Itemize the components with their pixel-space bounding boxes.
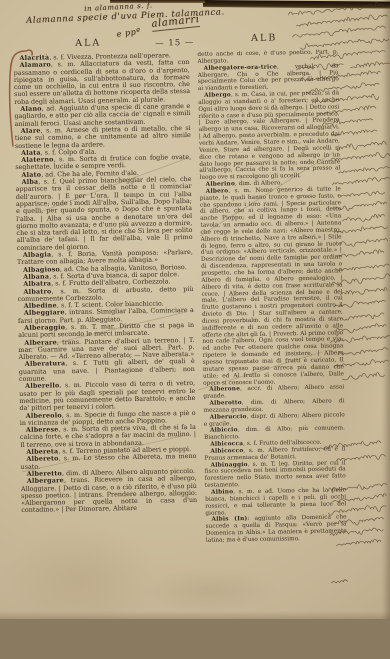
dictionary-entry: Albergare, trans. Ricevere in casa ad al…	[21, 475, 198, 515]
entry-term: Alberino	[206, 181, 235, 188]
illegible-handwriting	[342, 310, 383, 325]
dictionary-entry: Alba, s. f. Quel primo biancheggiar del …	[16, 176, 193, 252]
entry-term: Albeggiare	[24, 309, 65, 318]
dictionary-entry: Alamaro, s. m. Allacciatura da vesti, fa…	[13, 59, 190, 106]
page-number: — 15 —	[155, 38, 194, 49]
entry-term: Alberello	[25, 382, 59, 391]
entry-term: Albergo	[204, 92, 231, 98]
entry-term: Albergatore-ora-trice	[204, 64, 278, 71]
entry-term: Albicocco	[210, 448, 243, 455]
entry-term: Alberare	[24, 338, 57, 347]
scan-edge-shadow	[110, 0, 205, 3]
dictionary-entry: Albinaggio, s. m. T. leg. Diritto, per c…	[204, 460, 345, 490]
entry-term: Albereolo	[26, 411, 62, 420]
entry-term: Albereto	[26, 455, 58, 464]
handwritten-note: Alamanna specie d'uva Piem. talamanca.	[26, 7, 225, 26]
entry-term: Alaterno	[21, 156, 54, 165]
page-edge-shading	[0, 611, 390, 619]
handwritten-note: in alamanna s. f.	[84, 1, 153, 13]
print-block: ALA — 15 — ALB Alacrità, s. f. Vivezza, …	[13, 29, 352, 557]
entry-term: Alare	[21, 127, 41, 135]
dictionary-entry: Alberello, s. m. Piccolo vaso di terra o…	[19, 380, 195, 412]
entry-term: Alberuccio	[210, 414, 247, 421]
scan-edge-shadow	[203, 0, 390, 9]
page-edge-shading	[381, 0, 390, 619]
dictionary-entry: Albergo, s. m. Casa, in cui, per prezzo,…	[198, 90, 341, 181]
entry-term: Albinaggio	[210, 462, 247, 469]
entry-term: Albatro	[23, 287, 51, 295]
illegible-handwriting	[350, 59, 385, 73]
entry-term: Albiccio	[210, 428, 238, 434]
entry-term: Alberese	[26, 425, 59, 434]
dictionary-column-right: detto anche di cose, è d'uso poetico. Pa…	[197, 49, 347, 553]
entry-term: Albicocca	[210, 441, 243, 448]
entry-term: Alamaro	[19, 61, 51, 70]
illegible-handwriting	[342, 212, 383, 227]
entry-term: Albino	[211, 489, 233, 495]
entry-term: Alberone	[209, 386, 240, 393]
illegible-handwriting	[331, 577, 344, 589]
entry-term: Albergare	[27, 476, 64, 485]
dictionary-entry: Albero, s. m. Nome generico di tutte le …	[200, 186, 344, 387]
header-left-word: ALA	[75, 38, 101, 49]
header-right-word: ALB	[251, 32, 277, 43]
illegible-handwriting	[340, 187, 385, 203]
dictionary-entry: Albergatore-ora-trice, verbal. da Alberg…	[198, 63, 339, 93]
entry-term: Albis (In)	[211, 516, 247, 523]
dictionary-column-left: Alacrità, s. f. Vivezza, Prontezza nell'…	[13, 52, 198, 557]
entry-term: Alberotto	[209, 400, 241, 407]
entry-term: Alberaggio	[24, 323, 65, 332]
entry-term: Albagia	[23, 250, 52, 258]
dictionary-entry: Albis (In): aggiunto alla Domenica che s…	[205, 515, 346, 545]
dictionary-entry: Alare, s. m. Arnese di pietra o di metal…	[15, 125, 191, 150]
entry-term: Alano	[20, 105, 42, 113]
handwritten-note: alamarrì	[151, 14, 200, 32]
scanned-dictionary-page: ALA — 15 — ALB Alacrità, s. f. Vivezza, …	[0, 0, 390, 619]
entry-term: Alba	[22, 178, 39, 186]
entry-term: Alberatura	[25, 360, 66, 369]
entry-term: Albero	[206, 188, 229, 194]
dictionary-entry: Albino, s. m. e ad. Uomo che ha la pelle…	[205, 487, 346, 517]
